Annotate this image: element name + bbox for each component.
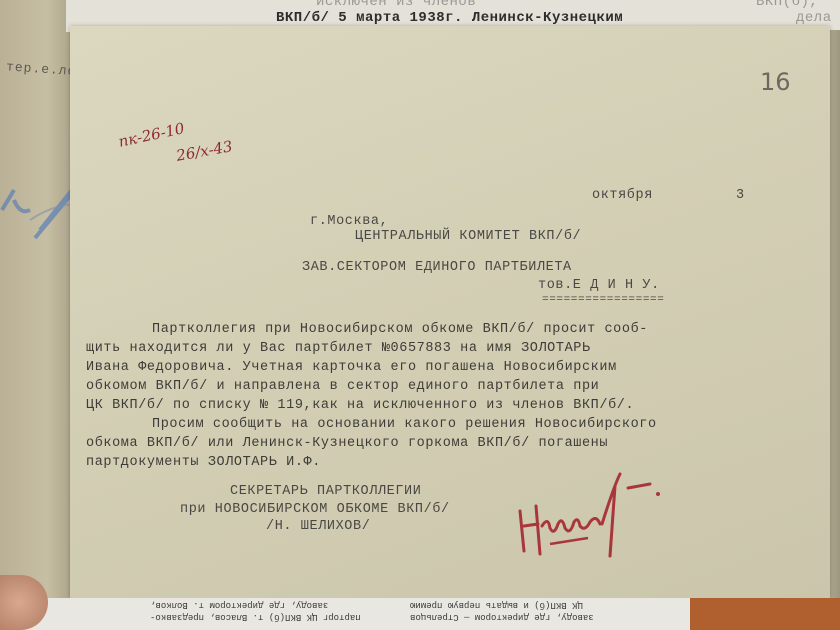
table-surface bbox=[690, 598, 840, 630]
page-number: 16 bbox=[760, 68, 791, 96]
underline: ================= bbox=[542, 294, 664, 306]
body-line: ЦК ВКП/б/ по списку № 119,как на исключе… bbox=[86, 398, 786, 417]
clip-col1-line1: ЦК ВКП(б) и выдать первую премию bbox=[410, 600, 583, 610]
signature-title: СЕКРЕТАРЬ ПАРТКОЛЛЕГИИ bbox=[230, 484, 421, 499]
date-month: октября bbox=[592, 188, 653, 203]
body-line: обкомом ВКП/б/ и направлена в сектор еди… bbox=[86, 379, 786, 398]
addressee-title: ЗАВ.СЕКТОРОМ ЕДИНОГО ПАРТБИЛЕТА bbox=[302, 260, 572, 275]
body-line: партдокументы ЗОЛОТАРЬ И.Ф. bbox=[86, 455, 786, 474]
bg-line-pre: исключен из членов bbox=[316, 0, 476, 10]
left-page: тер.е.лом bbox=[0, 0, 78, 600]
clip-col2-line1: заводу, где директором т. Волков, bbox=[150, 600, 328, 610]
signature-name: /Н. ШЕЛИХОВ/ bbox=[266, 519, 370, 534]
date-day: 3 bbox=[736, 188, 745, 203]
letter-page: 16 пк-26-10 26/х-43 октября 3 г.Москва, … bbox=[70, 26, 830, 598]
body-line: Ивана Федоровича. Учетная карточка его п… bbox=[86, 360, 786, 379]
body-line: щить находится ли у Вас партбилет №06578… bbox=[86, 341, 786, 360]
signature-org: при НОВОСИБИРСКОМ ОБКОМЕ ВКП/б/ bbox=[180, 502, 450, 517]
newspaper-clipping: ЦК ВКП(б) и выдать первую премию заводу,… bbox=[0, 598, 840, 630]
bg-line: ВКП/б/ 5 марта 1938г. Ленинск-Кузнецким bbox=[276, 10, 623, 26]
clip-col2-line2: парторг ЦК ВКП(б) т. Власов, предзавко- bbox=[150, 612, 361, 622]
addressee-org: ЦЕНТРАЛЬНЫЙ КОМИТЕТ ВКП/б/ bbox=[355, 229, 581, 244]
body-line: Партколлегия при Новосибирском обкоме ВК… bbox=[86, 322, 786, 341]
body-line: обкома ВКП/б/ или Ленинск-Кузнецкого гор… bbox=[86, 436, 786, 455]
clip-col1-line2: заводу, где директором — Стрельцов bbox=[410, 612, 594, 622]
handwritten-signature bbox=[510, 466, 670, 561]
handwritten-ref-2: 26/х-43 bbox=[175, 137, 234, 165]
city: г.Москва, bbox=[310, 214, 388, 229]
addressee-name: тов.Е Д И Н У. bbox=[538, 278, 660, 293]
body-line: Просим сообщить на основании какого реше… bbox=[86, 417, 786, 436]
letter-body: Партколлегия при Новосибирском обкоме ВК… bbox=[86, 322, 786, 474]
bg-line-tail: ВКП(б), bbox=[756, 0, 818, 10]
bg-line2-tail: дела bbox=[796, 10, 832, 26]
